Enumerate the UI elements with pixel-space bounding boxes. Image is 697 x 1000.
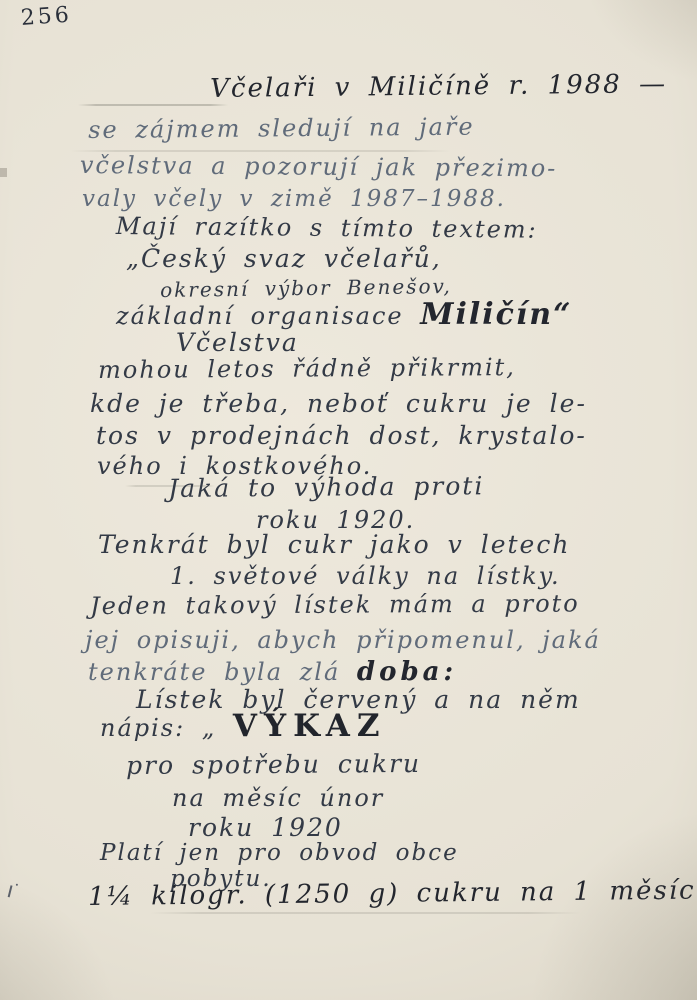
pencil-line: [78, 104, 228, 106]
line-text: 1¼ kilogr. (1250 g) cukru na 1 měsíc: [88, 876, 696, 912]
handwritten-line: se zájmem sledují na jaře: [88, 113, 475, 144]
handwritten-line: tenkráte byla zlá doba:: [88, 657, 457, 687]
handwritten-line: na měsíc únor: [172, 784, 384, 812]
handwritten-line: Jaká to výhoda proti: [168, 471, 485, 503]
handwritten-line: 1. světové války na lístky.: [170, 562, 561, 590]
line-text: nápis: „: [100, 714, 216, 742]
handwritten-line: Jeden takový lístek mám a proto: [90, 589, 580, 620]
heading-line: Včelaři v Miličíně r. 1988 —: [210, 69, 667, 104]
handwritten-line: 1¼ kilogr. (1250 g) cukru na 1 měsíc “: [88, 875, 697, 912]
handwritten-line: včelstva a pozorují jak přezimo-: [80, 151, 558, 182]
organisation-name: Miličín“: [420, 297, 572, 332]
handwritten-line: Mají razítko s tímto textem:: [116, 212, 538, 244]
handwritten-line: kde je třeba, neboť cukru je le-: [90, 389, 587, 418]
pencil-line: [150, 912, 580, 914]
handwritten-line: pro spotřebu cukru: [126, 749, 421, 780]
handwritten-line: jej opisuji, abych připomenul, jaká: [85, 626, 601, 654]
handwritten-line: „Český svaz včelařů,: [126, 244, 442, 273]
page-number: 256: [20, 2, 73, 30]
handwritten-line: mohou letos řádně přikrmit,: [98, 353, 516, 384]
line-text: tenkráte byla zlá: [88, 658, 340, 686]
scan-edge-mark: [0, 168, 7, 177]
handwritten-line: roku 1920: [188, 813, 343, 842]
handwritten-line: tos v prodejnách dost, krystalo-: [96, 421, 587, 450]
handwritten-line: nápis: „ VÝKAZ: [100, 708, 386, 744]
scanned-page: 256 Včelaři v Miličíně r. 1988 — se zájm…: [0, 0, 697, 1000]
card-title-word: VÝKAZ: [233, 708, 387, 744]
handwritten-line: základní organisace Miličín“: [116, 297, 572, 332]
stray-ink-mark: [8, 885, 19, 899]
handwritten-line: Včelstva: [176, 328, 299, 357]
handwritten-line: Tenkrát byl cukr jako v letech: [98, 530, 570, 559]
handwritten-line: valy včely v zimě 1987–1988.: [82, 186, 506, 212]
organisation-text: základní organisace: [116, 302, 404, 330]
emphasized-word: doba:: [357, 657, 457, 687]
handwritten-line: Platí jen pro obvod obce: [100, 840, 459, 866]
